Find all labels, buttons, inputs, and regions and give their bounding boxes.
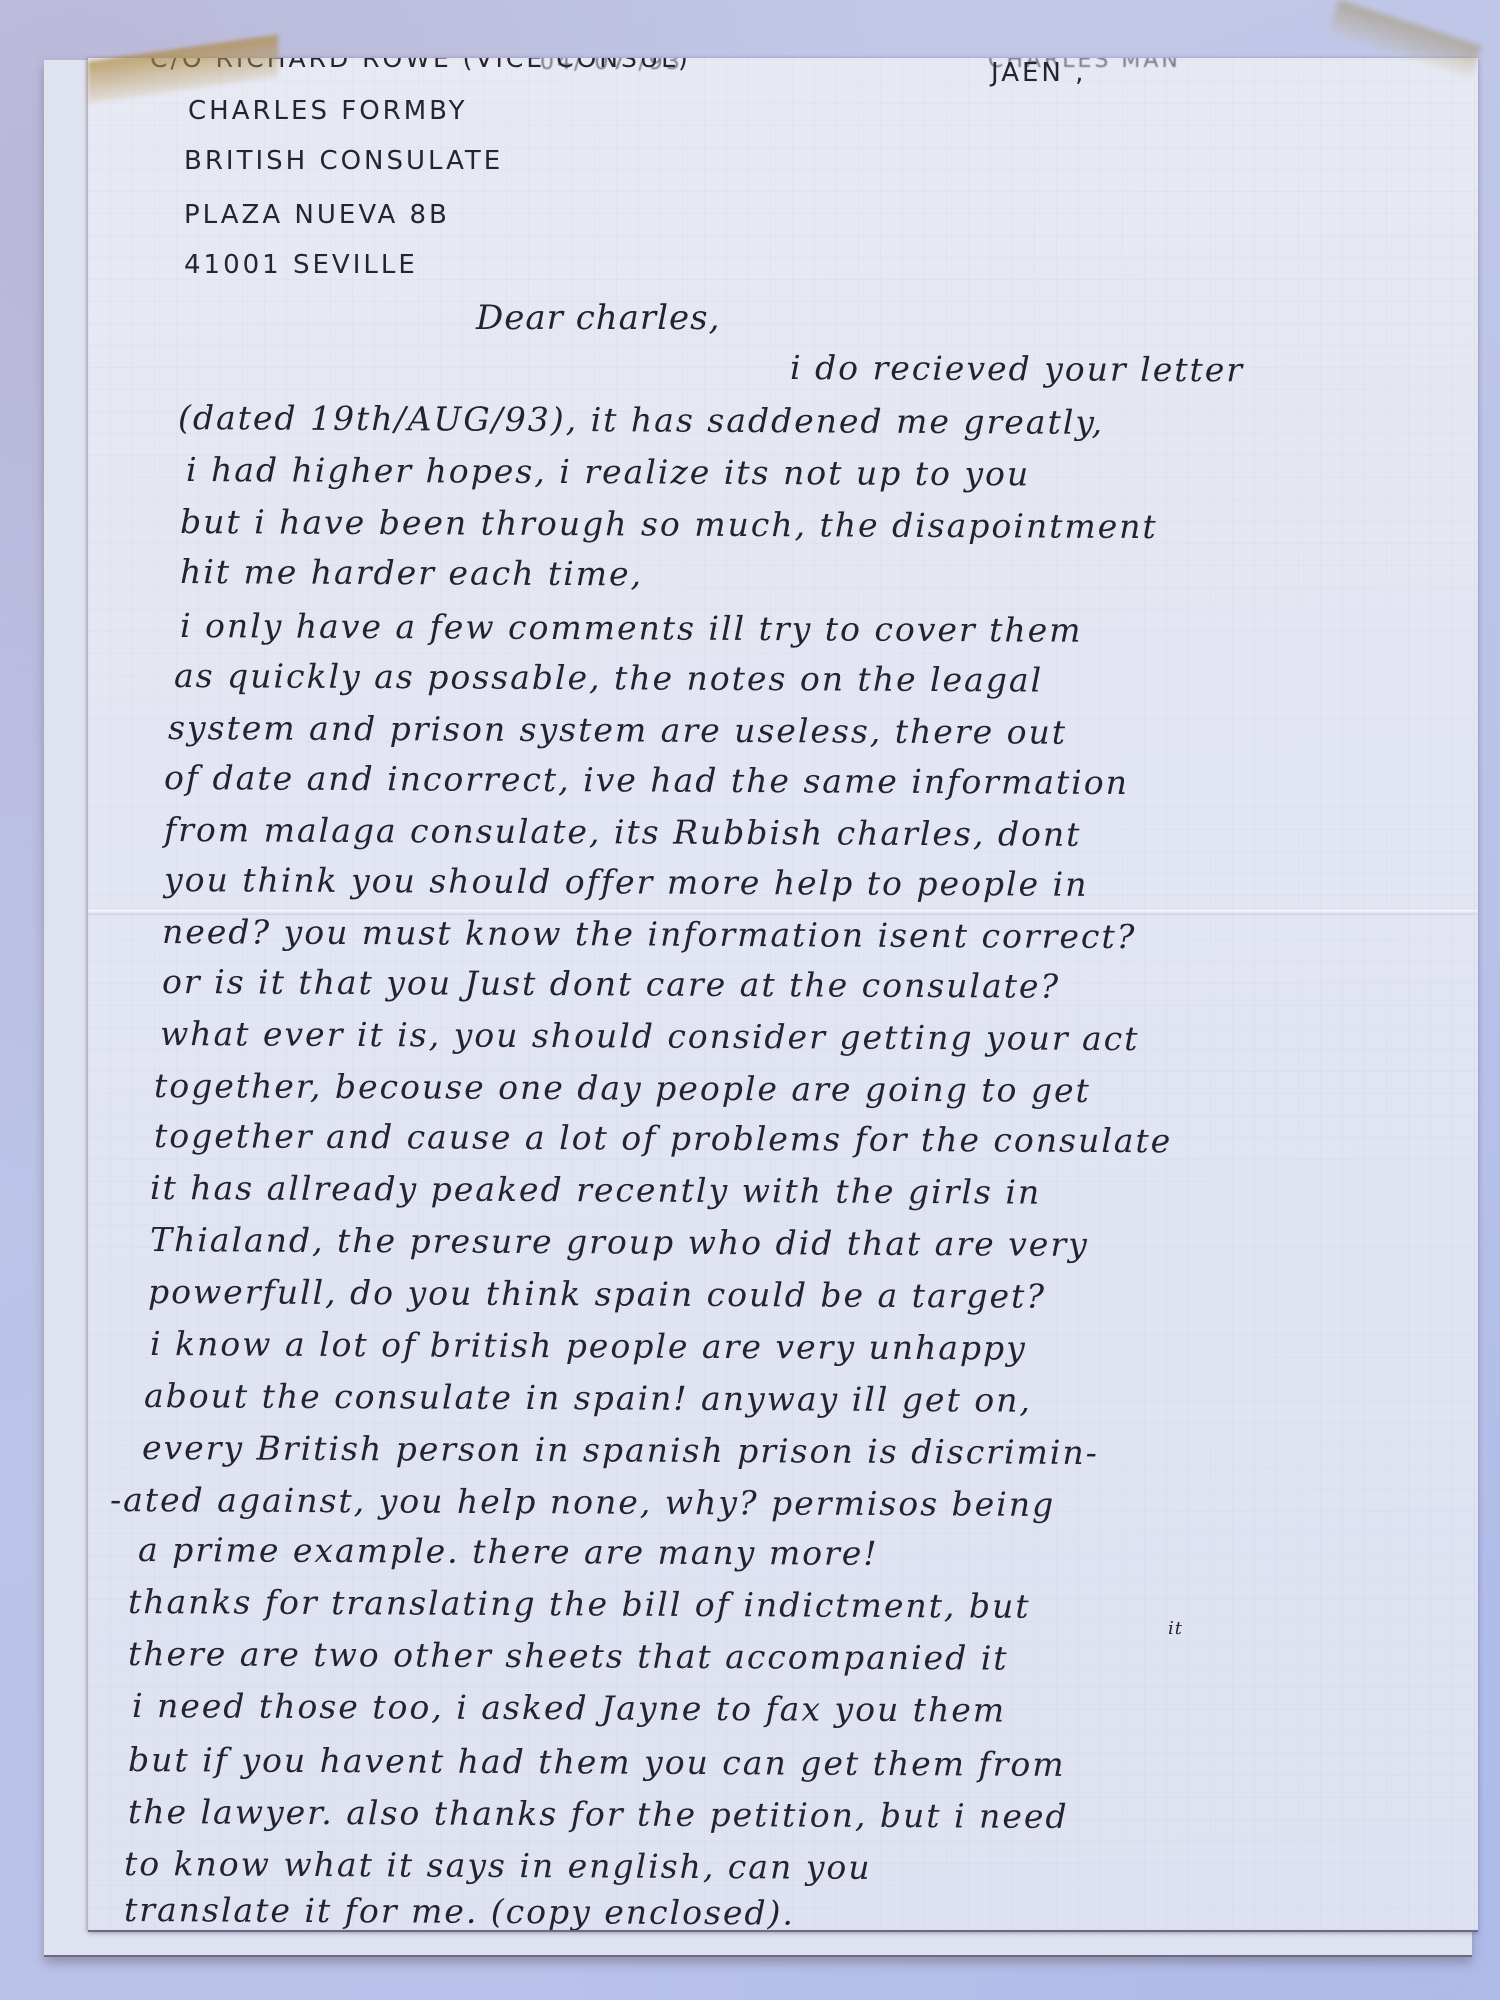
body-line: to know what it says in english, can you — [124, 1844, 872, 1887]
body-line: it has allready peaked recently with the… — [150, 1168, 1041, 1212]
body-line: powerfull, do you think spain could be a… — [148, 1272, 1046, 1316]
body-line: there are two other sheets that accompan… — [128, 1634, 1009, 1678]
body-line: about the consulate in spain! anyway ill… — [144, 1376, 1032, 1420]
sender-city: JAEN , — [991, 58, 1086, 88]
body-line: of date and incorrect, ive had the same … — [164, 758, 1129, 802]
body-line: Thialand, the presure group who did that… — [150, 1220, 1089, 1264]
address-line: BRITISH CONSULATE — [184, 146, 503, 176]
body-line: the lawyer. also thanks for the petition… — [128, 1792, 1069, 1836]
body-line: i know a lot of british people are very … — [150, 1324, 1027, 1368]
body-line: (dated 19th/AUG/93), it has saddened me … — [178, 398, 1104, 442]
body-line: i only have a few comments ill try to co… — [180, 606, 1083, 650]
body-line: but if you havent had them you can get t… — [128, 1740, 1066, 1784]
letter-sheet: 04/ 07 /93 CHARLES MAN JAEN , C/O RICHAR… — [88, 58, 1478, 1932]
body-line: i had higher hopes, i realize its not up… — [186, 450, 1030, 493]
body-line: you think you should offer more help to … — [164, 860, 1089, 904]
body-line: what ever it is, you should consider get… — [160, 1014, 1140, 1058]
body-line: i need those too, i asked Jayne to fax y… — [132, 1686, 1006, 1730]
body-line: translate it for me. (copy enclosed). — [124, 1890, 795, 1932]
body-line: i do recieved your letter — [790, 348, 1244, 389]
body-line: every British person in spanish prison i… — [142, 1428, 1099, 1472]
body-line: from malaga consulate, its Rubbish charl… — [164, 810, 1082, 854]
body-line: need? you must know the information isen… — [162, 912, 1137, 956]
inserted-annotation: it — [1168, 1618, 1183, 1639]
body-line: hit me harder each time, — [180, 552, 643, 593]
body-line: thanks for translating the bill of indic… — [128, 1582, 1031, 1626]
address-line: CHARLES FORMBY — [188, 96, 467, 126]
salutation: Dear charles, — [476, 298, 720, 338]
body-line: system and prison system are useless, th… — [168, 708, 1067, 752]
body-line: but i have been through so much, the dis… — [180, 502, 1158, 546]
body-line: as quickly as possable, the notes on the… — [174, 656, 1043, 700]
body-line: together and cause a lot of problems for… — [154, 1116, 1172, 1160]
body-line: a prime example. there are many more! — [138, 1530, 879, 1573]
address-line: PLAZA NUEVA 8B — [184, 200, 450, 230]
address-line: 41001 SEVILLE — [184, 250, 418, 280]
body-line: together, becouse one day people are goi… — [154, 1066, 1091, 1110]
body-line: -ated against, you help none, why? permi… — [110, 1480, 1055, 1524]
body-line: or is it that you Just dont care at the … — [162, 962, 1060, 1006]
